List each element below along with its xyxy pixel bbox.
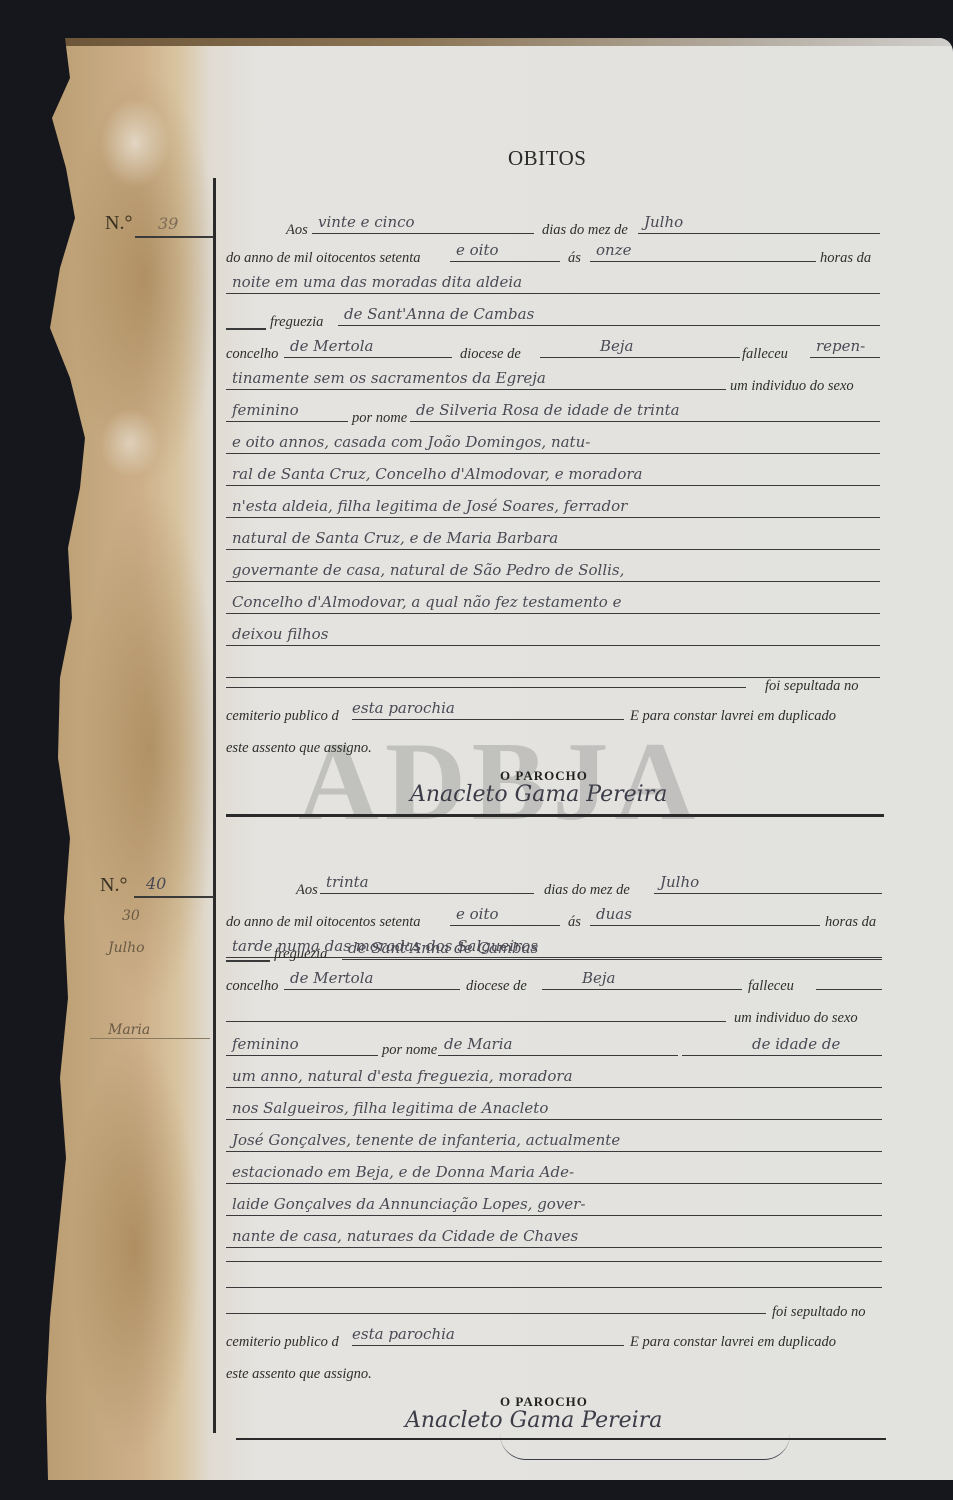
entry-number-value: 39 <box>158 214 178 233</box>
page-top-edge <box>50 38 953 46</box>
label-foi-sepultada: foi sepultada no <box>765 678 858 695</box>
field-falleceu-1: repen- <box>810 334 880 358</box>
entry-number-value: 40 <box>146 874 166 893</box>
label-um-individuo: um individuo do sexo <box>730 378 854 395</box>
lead-line <box>226 328 266 330</box>
field-cemiterio: esta parochia <box>352 1322 624 1346</box>
field-diocese: Beja <box>542 966 742 990</box>
label-horas-da: horas da <box>825 914 876 931</box>
label-as: ás <box>568 914 581 931</box>
label-freguezia: freguezia <box>274 946 327 963</box>
priest-signature: Anacleto Gama Pereira <box>405 1408 662 1433</box>
field-year: e oito <box>450 902 560 926</box>
entry-number-label: N.° <box>105 212 132 235</box>
label-concelho: concelho <box>226 978 278 995</box>
field-month: Julho <box>638 210 880 234</box>
entry-number-line <box>134 896 214 898</box>
label-diocese: diocese de <box>460 346 521 363</box>
field-concelho: de Mertola <box>284 334 452 358</box>
water-stain <box>70 1038 200 1458</box>
margin-note-month: Julho <box>108 940 145 956</box>
blank-line <box>226 1264 882 1288</box>
field-place: noite em uma das moradas dita aldeia <box>226 270 880 294</box>
body-line: Concelho d'Almodovar, a qual não fez tes… <box>226 590 880 614</box>
body-line: estacionado em Beja, e de Donna Maria Ad… <box>226 1160 882 1184</box>
body-line: um anno, natural d'esta freguezia, morad… <box>226 1064 882 1088</box>
label-por-nome: por nome <box>382 1042 437 1059</box>
body-line: ral de Santa Cruz, Concelho d'Almodovar,… <box>226 462 880 486</box>
label-horas-da: horas da <box>820 250 871 267</box>
register-page: OBITOS ADBJA N.° 39 Aos vinte e cinco di… <box>30 38 953 1480</box>
label-aos: Aos <box>296 882 318 899</box>
entry-number-line <box>135 236 213 238</box>
label-e-para-constar: E para constar lavrei em duplicado <box>630 708 836 725</box>
field-falleceu-1 <box>816 966 882 990</box>
margin-note-line <box>90 1038 210 1039</box>
label-freguezia: freguezia <box>270 314 323 331</box>
field-diocese: Beja <box>540 334 740 358</box>
field-cemiterio: esta parochia <box>352 696 624 720</box>
field-sexo: feminino <box>226 1032 378 1056</box>
entry-number-label: N.° <box>100 874 127 897</box>
field-concelho: de Mertola <box>284 966 460 990</box>
label-foi-sepultado: foi sepultado no <box>772 1304 865 1321</box>
label-dias-do-mez: dias do mez de <box>544 882 630 899</box>
label-por-nome: por nome <box>352 410 407 427</box>
body-line: n'esta aldeia, filha legitima de José So… <box>226 494 880 518</box>
blank-line <box>226 1238 882 1262</box>
label-cemiterio-publico: cemiterio publico d <box>226 1334 339 1351</box>
label-diocese: diocese de <box>466 978 527 995</box>
field-hour: duas <box>590 902 820 926</box>
label-este-assento: este assento que assigno. <box>226 740 372 757</box>
margin-rule <box>213 178 216 1433</box>
label-do-anno: do anno de mil oitocentos setenta <box>226 250 421 267</box>
label-um-individuo: um individuo do sexo <box>734 1010 858 1027</box>
body-line: laide Gonçalves da Annunciação Lopes, go… <box>226 1192 882 1216</box>
body-line: deixou filhos <box>226 622 880 646</box>
label-falleceu: falleceu <box>742 346 788 363</box>
label-este-assento: este assento que assigno. <box>226 1366 372 1383</box>
margin-note-name: Maria <box>108 1022 150 1038</box>
field-nome-continued: de idade de <box>682 1032 882 1056</box>
body-line: José Gonçalves, tenente de infanteria, a… <box>226 1128 882 1152</box>
label-falleceu: falleceu <box>748 978 794 995</box>
label-cemiterio-publico: cemiterio publico d <box>226 708 339 725</box>
body-line: e oito annos, casada com João Domingos, … <box>226 430 880 454</box>
body-line: natural de Santa Cruz, e de Maria Barbar… <box>226 526 880 550</box>
blank-line <box>226 664 746 688</box>
label-as: ás <box>568 250 581 267</box>
page-title: OBITOS <box>508 146 586 171</box>
field-year: e oito <box>450 238 560 262</box>
field-sexo: feminino <box>226 398 348 422</box>
field-freguezia: de Sant'Anna de Cambas <box>338 302 880 326</box>
field-freguezia: de Sant'Anna de Cambas <box>342 936 882 960</box>
blank-line <box>226 1290 766 1314</box>
margin-note-day: 30 <box>122 908 140 924</box>
body-line: nos Salgueiros, filha legitima de Anacle… <box>226 1096 882 1120</box>
field-day: vinte e cinco <box>312 210 534 234</box>
field-nome: de Maria <box>438 1032 678 1056</box>
label-dias-do-mez: dias do mez de <box>542 222 628 239</box>
entry-separator-rule <box>226 814 884 817</box>
lead-line <box>226 960 270 962</box>
field-falleceu-2 <box>226 998 726 1022</box>
label-do-anno: do anno de mil oitocentos setenta <box>226 914 421 931</box>
field-falleceu-2: tinamente sem os sacramentos da Egreja <box>226 366 726 390</box>
paper-wear-spot <box>100 408 160 478</box>
field-month: Julho <box>654 870 882 894</box>
label-concelho: concelho <box>226 346 278 363</box>
water-stain <box>80 488 220 1008</box>
priest-signature: Anacleto Gama Pereira <box>410 782 667 807</box>
field-hour: onze <box>590 238 816 262</box>
label-aos: Aos <box>286 222 308 239</box>
body-line: governante de casa, natural de São Pedro… <box>226 558 880 582</box>
field-nome: de Silveria Rosa de idade de trinta <box>410 398 880 422</box>
paper-wear-spot <box>100 98 170 188</box>
label-e-para-constar: E para constar lavrei em duplicado <box>630 1334 836 1351</box>
field-day: trinta <box>320 870 534 894</box>
signature-flourish <box>500 1434 790 1460</box>
